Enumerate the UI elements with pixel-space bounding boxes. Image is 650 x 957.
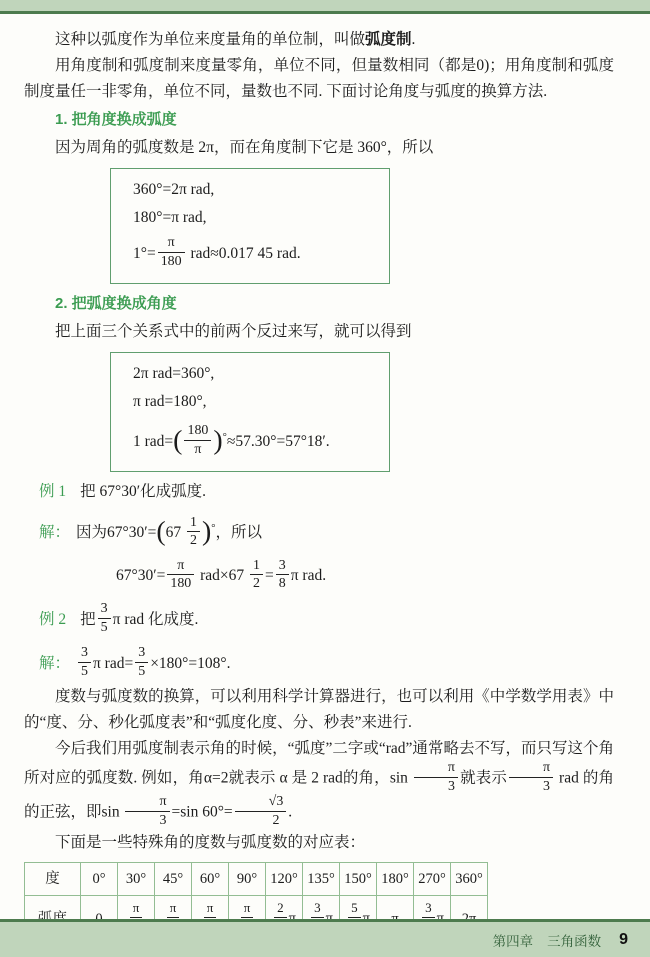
formula-line: 360°=2π rad, (133, 176, 363, 204)
footer-chapter: 第四章 (493, 930, 534, 950)
solution-1: 解：因为67°30′=(67 12)°，所以 (39, 509, 614, 553)
heading-degree-to-radian: 1. 把角度换成弧度 (55, 107, 614, 133)
example-2-text: 把35π rad 化成度. (80, 611, 198, 628)
top-green-band (0, 0, 650, 11)
formula-box-radian-to-degree: 2π rad=360°, π rad=180°, 1 rad=(180π)°≈5… (110, 352, 390, 472)
table-cell: 270° (414, 863, 451, 896)
table-cell: 0° (81, 863, 118, 896)
page-content: 这种以弧度作为单位来度量角的单位制，叫做弧度制. 用角度制和弧度制来度量零角，单… (0, 14, 650, 943)
formula-box-degree-to-radian: 360°=2π rad, 180°=π rad, 1°=π180 rad≈0.0… (110, 168, 390, 284)
paragraph-rad-omitted: 今后我们用弧度制表示角的时候，“弧度”二字或“rad”通常略去不写，而只写这个角… (24, 736, 614, 831)
table-cell: 60° (192, 863, 229, 896)
paragraph-table-intro: 下面是一些特殊角的度数与弧度数的对应表： (24, 830, 614, 856)
paragraph-full-angle: 因为周角的弧度数是 2π，而在角度制下它是 360°，所以 (24, 135, 614, 161)
example-2: 例 2把35π rad 化成度. (39, 600, 614, 640)
solution-2-label: 解： (39, 655, 70, 672)
table-cell: 150° (340, 863, 377, 896)
paragraph-reverse-relations: 把上面三个关系式中的前两个反过来写，就可以得到 (24, 319, 614, 345)
table-cell: 30° (118, 863, 155, 896)
solution-2: 解：35π rad=35×180°=108°. (39, 644, 614, 684)
footer-section: 三角函数 (547, 930, 601, 950)
solution-2-text: 35π rad=35×180°=108°. (76, 655, 230, 672)
formula-line: 1 rad=(180π)°≈57.30°=57°18′. (133, 418, 363, 462)
example-2-label: 例 2 (39, 611, 66, 628)
table-row-degrees: 度 0° 30° 45° 60° 90° 120° 135° 150° 180°… (25, 863, 488, 896)
table-cell: 90° (229, 863, 266, 896)
formula-line: 1°=π180 rad≈0.017 45 rad. (133, 234, 363, 274)
paragraph-conversion-tables: 度数与弧度数的换算，可以利用科学计算器进行，也可以利用《中学数学用表》中的“度、… (24, 684, 614, 736)
table-header-degrees: 度 (25, 863, 81, 896)
paragraph-radian-definition: 这种以弧度作为单位来度量角的单位制，叫做弧度制. (24, 27, 614, 53)
table-cell: 45° (155, 863, 192, 896)
table-cell: 135° (303, 863, 340, 896)
formula-line: 180°=π rad, (133, 204, 363, 232)
textbook-page: 这种以弧度作为单位来度量角的单位制，叫做弧度制. 用角度制和弧度制来度量零角，单… (0, 0, 650, 957)
equation-example-1: 67°30′=π180 rad×67 12=38π rad. (116, 559, 614, 594)
formula-line: 2π rad=360°, (133, 360, 363, 388)
example-1-label: 例 1 (39, 483, 66, 500)
example-1-text: 把 67°30′化成弧度. (80, 483, 206, 500)
paragraph-unit-comparison: 用角度制和弧度制来度量零角，单位不同，但量数相同（都是0)；用角度制和弧度制度量… (24, 53, 614, 105)
example-1: 例 1把 67°30′化成弧度. (39, 479, 614, 505)
table-cell: 360° (451, 863, 488, 896)
heading-radian-to-degree: 2. 把弧度换成角度 (55, 291, 614, 317)
table-cell: 120° (266, 863, 303, 896)
table-cell: 180° (377, 863, 414, 896)
solution-1-label: 解： (39, 524, 70, 541)
solution-1-text: 因为67°30′=(67 12)°，所以 (76, 524, 262, 541)
footer-page-number: 9 (619, 931, 628, 949)
formula-line: π rad=180°, (133, 388, 363, 416)
page-footer: 第四章 三角函数 9 (0, 922, 650, 957)
